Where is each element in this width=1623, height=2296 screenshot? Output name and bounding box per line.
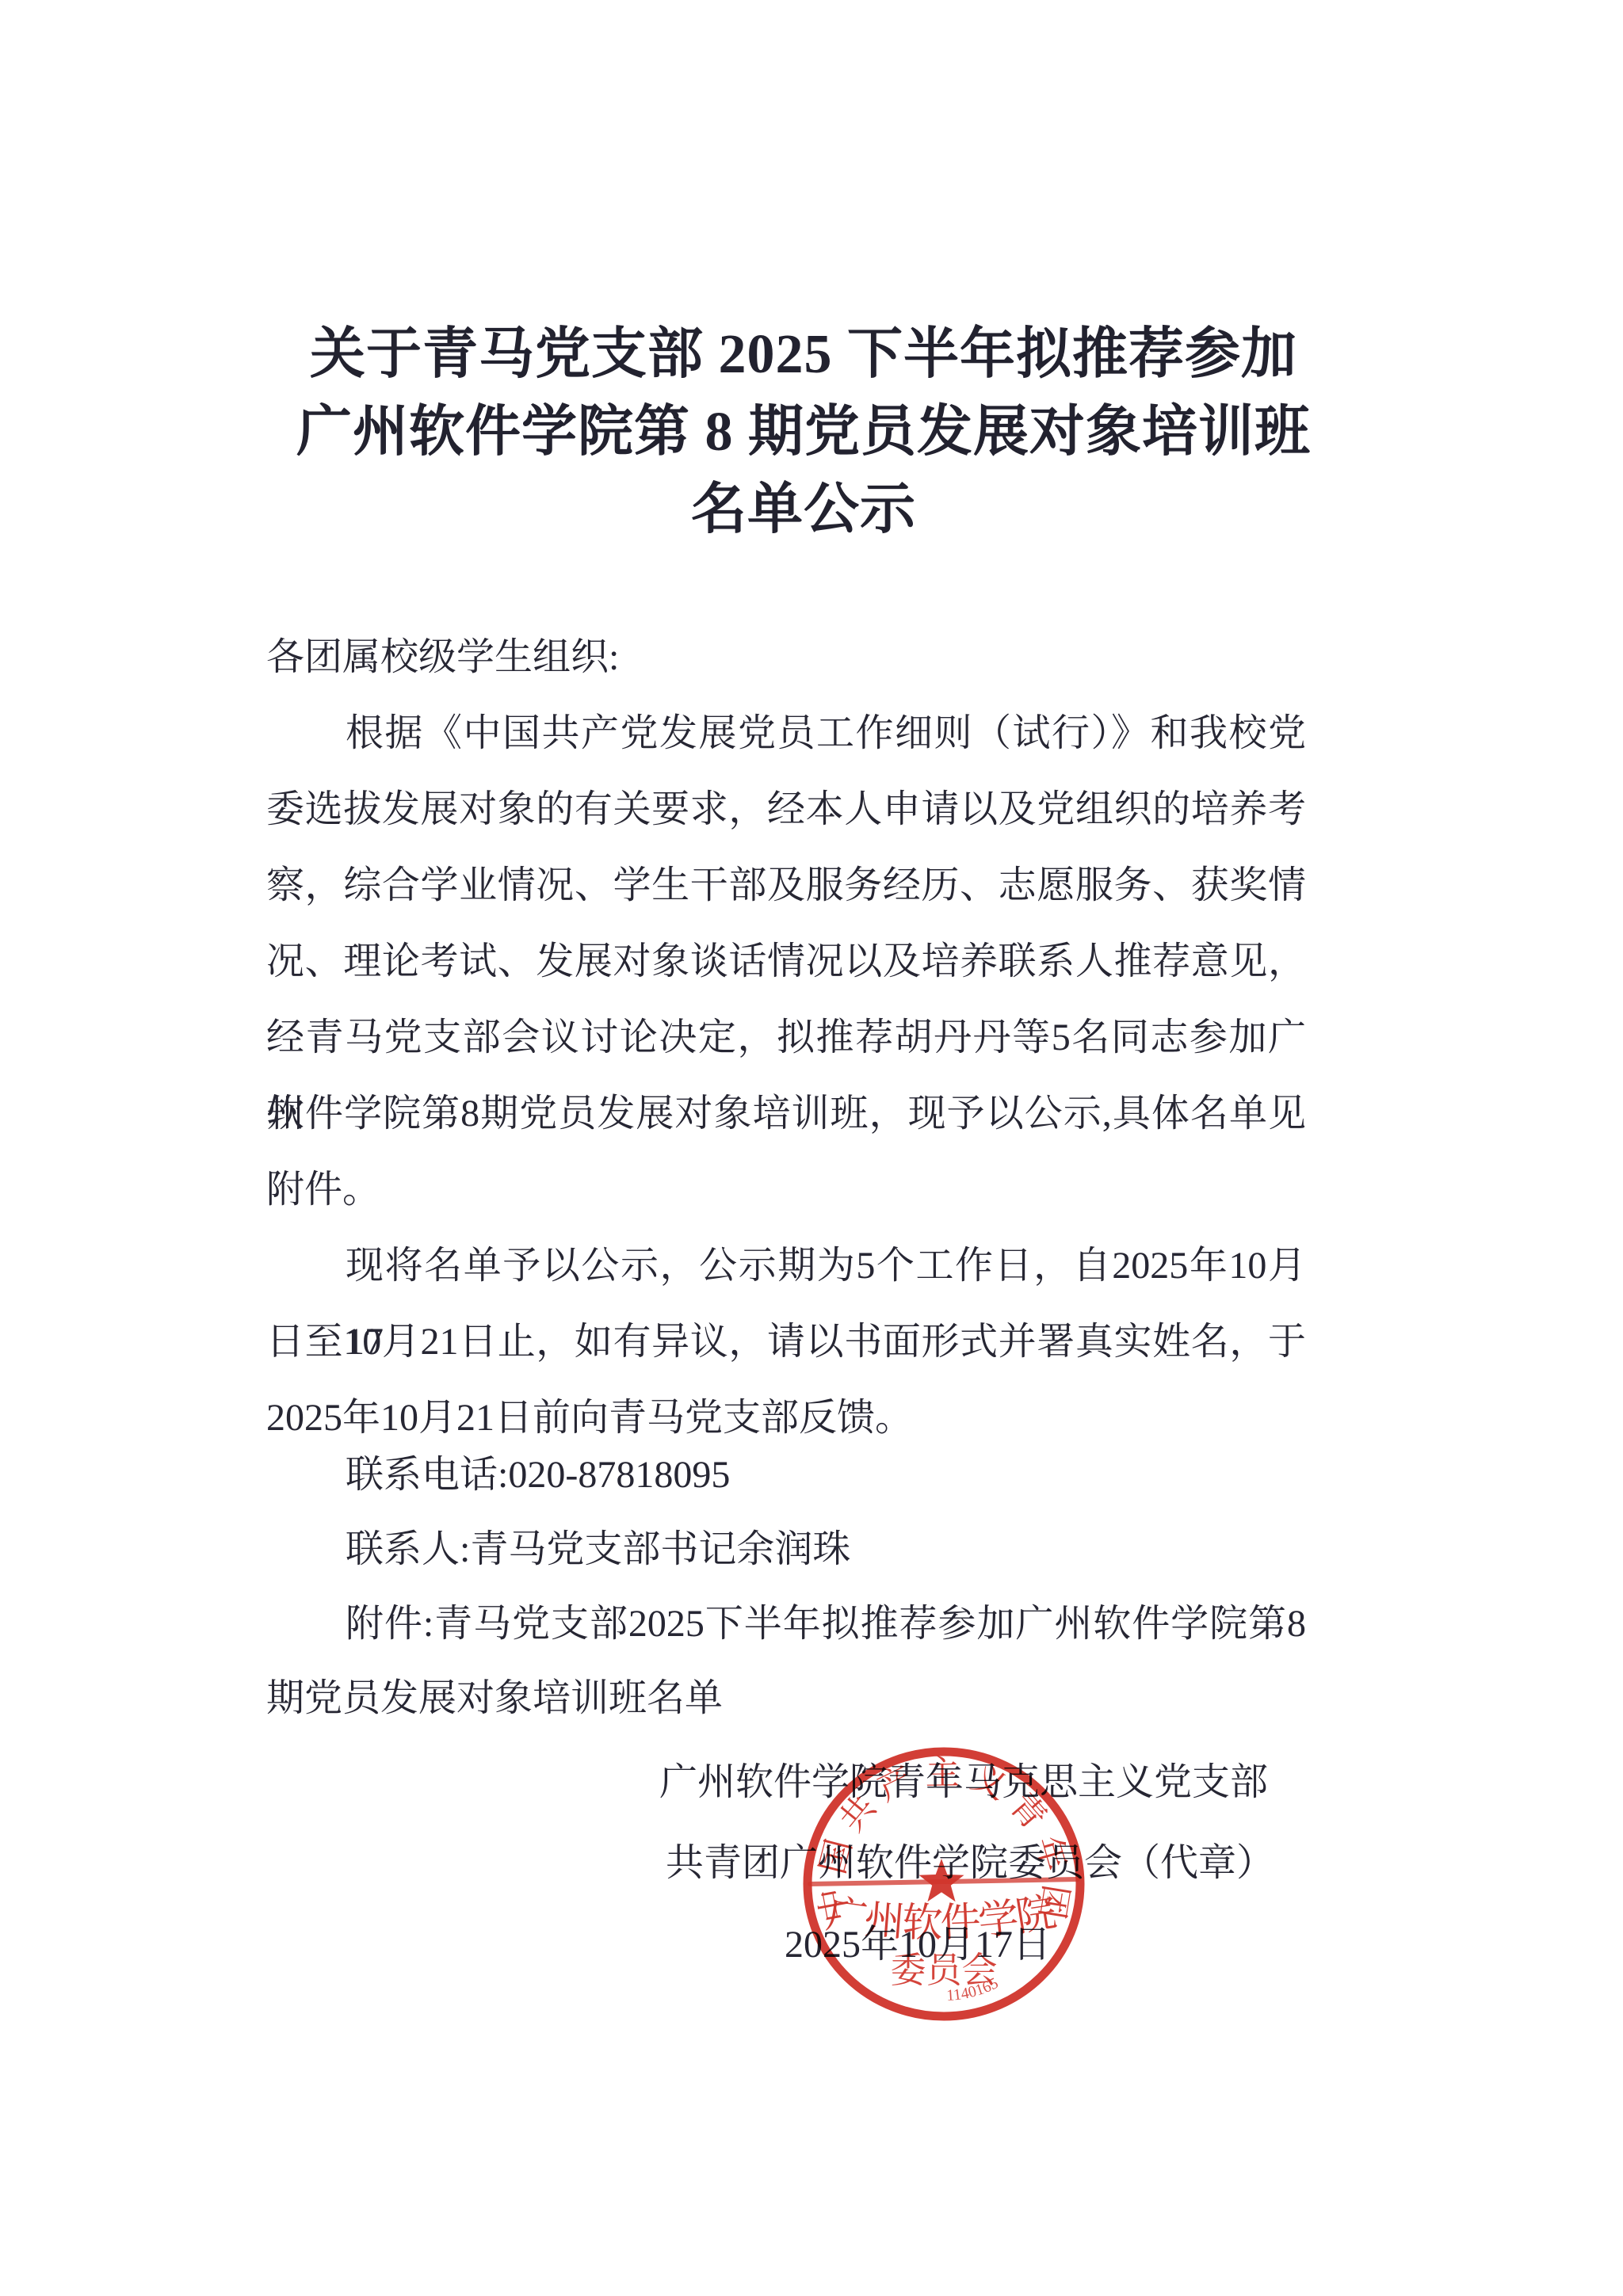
attachment-line-2: 期党员发展对象培训班名单 [266, 1661, 723, 1737]
document-title: 关于青马党支部 2025 下半年拟推荐参加 广州软件学院第 8 期党员发展对象培… [0, 316, 1607, 549]
contact-phone-line: 联系电话:020-87818095 [346, 1437, 730, 1513]
paragraph1-line-5: 经青马党支部会议讨论决定，拟推荐胡丹丹等5名同志参加广州 [266, 1000, 1306, 1076]
seal-school-name: 广州软件学院 [823, 1890, 1060, 1946]
contact-person-line: 联系人:青马党支部书记余润珠 [346, 1512, 850, 1588]
paragraph1-line-3: 察，综合学业情况、学生干部及服务经历、志愿服务、获奖情 [266, 848, 1306, 924]
title-line-2: 广州软件学院第 8 期党员发展对象培训班 [0, 394, 1607, 471]
paragraph1-line-2: 委选拔发展对象的有关要求，经本人申请以及党组织的培养考 [266, 772, 1306, 848]
paragraph1-line-7: 附件。 [266, 1152, 380, 1228]
paragraph1-line-4: 况、理论考试、发展对象谈话情况以及培养联系人推荐意见， [266, 924, 1306, 1000]
attachment-line-1: 附件:青马党支部2025下半年拟推荐参加广州软件学院第8 [346, 1586, 1306, 1662]
title-line-1: 关于青马党支部 2025 下半年拟推荐参加 [0, 316, 1607, 394]
title-line-3: 名单公示 [0, 471, 1607, 549]
paragraph2-line-2: 日至10月21日止，如有异议，请以书面形式并署真实姓名，于 [266, 1304, 1306, 1380]
salutation-line: 各团属校级学生组织: [266, 620, 619, 696]
paragraph2-line-1: 现将名单予以公示，公示期为5个工作日，自2025年10月17 [346, 1228, 1306, 1304]
paragraph1-line-1: 根据《中国共产党发展党员工作细则（试行）》和我校党 [346, 696, 1306, 772]
document-page: 关于青马党支部 2025 下半年拟推荐参加 广州软件学院第 8 期党员发展对象培… [0, 0, 1623, 2296]
paragraph1-line-6: 软件学院第8期党员发展对象培训班，现予以公示,具体名单见 [266, 1076, 1306, 1152]
official-seal: 中国共产主义青年团 广州软件学院 委员会 1140165 [785, 1716, 1102, 2049]
